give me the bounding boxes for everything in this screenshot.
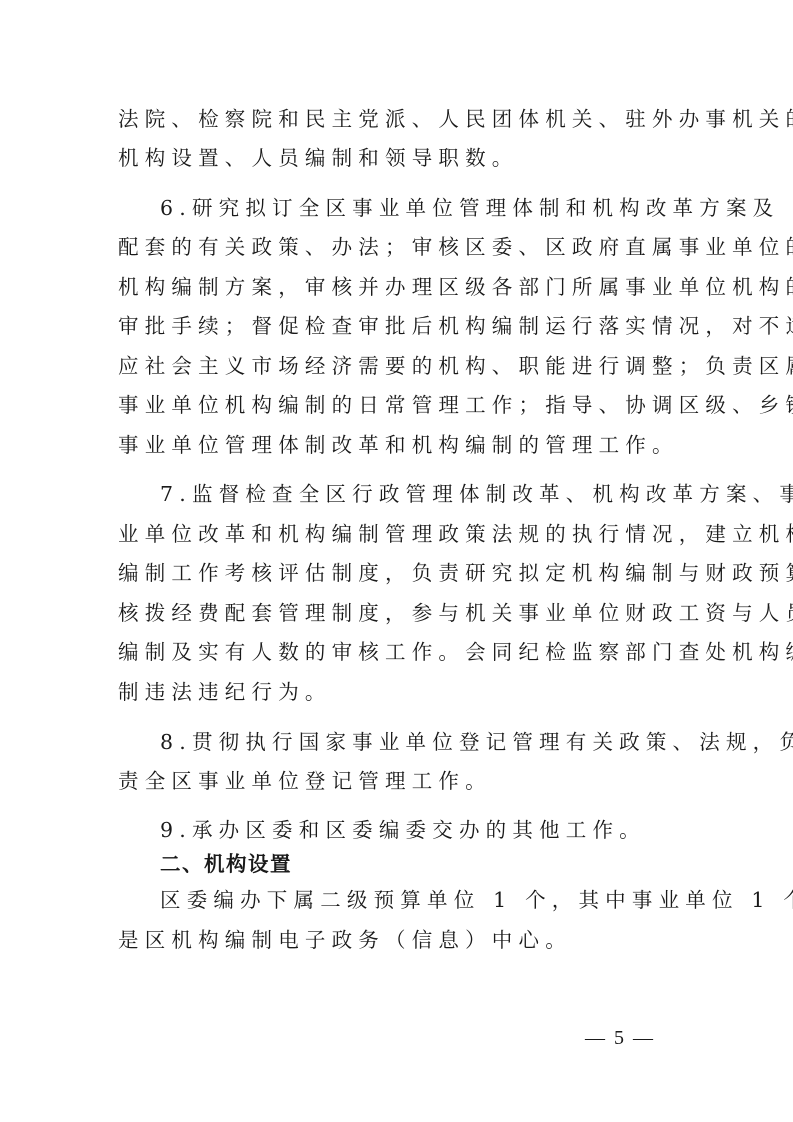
text-line: 法院、检察院和民主党派、人民团体机关、驻外办事机关的 [118,106,674,132]
document-page: 法院、检察院和民主党派、人民团体机关、驻外办事机关的机构设置、人员编制和领导职数… [0,0,793,1122]
text-line: 事业单位管理体制改革和机构编制的管理工作。 [118,432,674,458]
text-line: 6.研究拟订全区事业单位管理体制和机构改革方案及 [160,195,674,221]
text-line: 机构编制方案，审核并办理区级各部门所属事业单位机构的 [118,274,674,300]
text-line: 区委编办下属二级预算单位 1 个，其中事业单位 1 个， [160,887,674,913]
text-line: 核拨经费配套管理制度，参与机关事业单位财政工资与人员 [118,600,674,626]
page-number: — 5 — [585,1027,655,1050]
text-line: 应社会主义市场经济需要的机构、职能进行调整；负责区属 [118,353,674,379]
text-line: 制违法违纪行为。 [118,679,674,705]
text-line: 业单位改革和机构编制管理政策法规的执行情况，建立机构 [118,521,674,547]
text-line: 编制工作考核评估制度，负责研究拟定机构编制与财政预算、 [118,560,674,586]
text-line: 责全区事业单位登记管理工作。 [118,768,674,794]
text-line: 8.贯彻执行国家事业单位登记管理有关政策、法规，负 [160,729,674,755]
text-line: 配套的有关政策、办法；审核区委、区政府直属事业单位的 [118,234,674,260]
text-line: 编制及实有人数的审核工作。会同纪检监察部门查处机构编 [118,639,674,665]
text-line: 机构设置、人员编制和领导职数。 [118,145,674,171]
text-line: 9.承办区委和区委编委交办的其他工作。 [160,817,674,843]
text-line: 7.监督检查全区行政管理体制改革、机构改革方案、事 [160,481,674,507]
text-line: 审批手续；督促检查审批后机构编制运行落实情况，对不适 [118,313,674,339]
section-heading: 二、机构设置 [160,851,674,877]
text-line: 是区机构编制电子政务（信息）中心。 [118,927,674,953]
text-line: 事业单位机构编制的日常管理工作；指导、协调区级、乡镇 [118,392,674,418]
